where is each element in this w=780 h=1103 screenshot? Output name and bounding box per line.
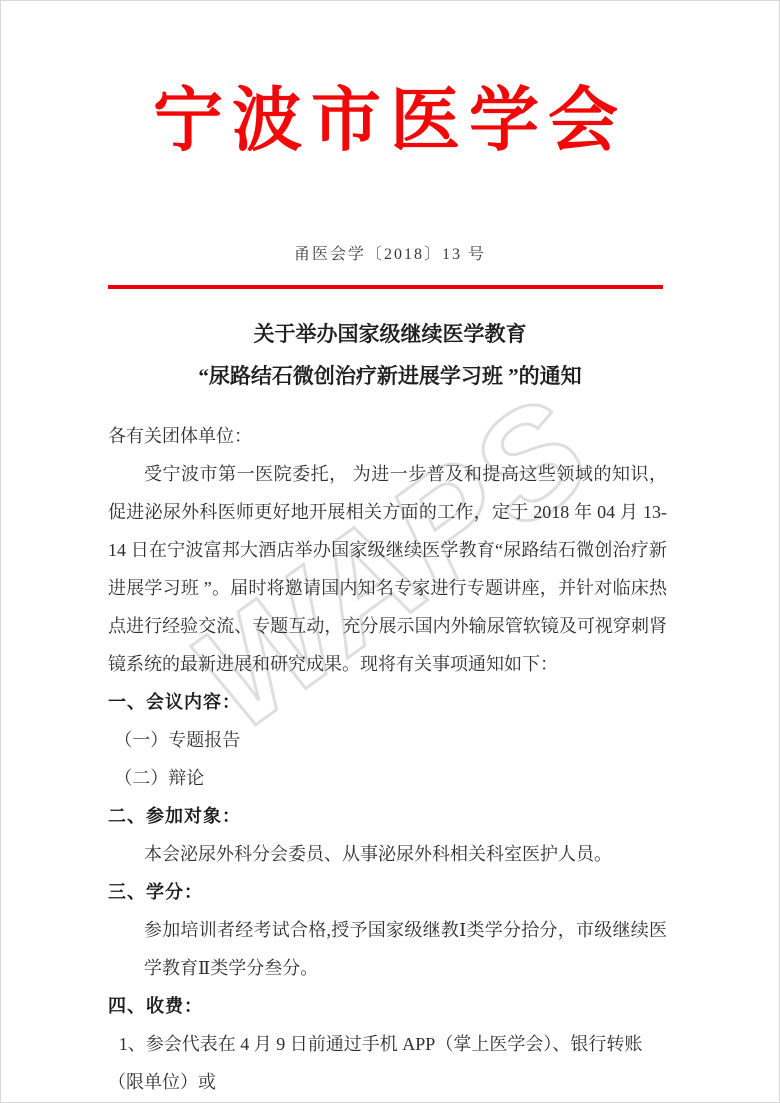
notice-title-line1: 关于举办国家级继续医学教育 [1, 313, 779, 355]
org-title: 宁波市医学会 [1, 85, 779, 159]
notice-title-line2: “尿路结石微创治疗新进展学习班 ”的通知 [1, 355, 779, 397]
section-item: 参加培训者经考试合格,授予国家级继教Ⅰ类学分拾分，市级继续医学教育Ⅱ类学分叁分。 [108, 911, 667, 987]
section-heading-3: 三、学分： [108, 873, 667, 911]
document-content: 宁波市医学会 甬医会学〔2018〕13 号 关于举办国家级继续医学教育 “尿路结… [1, 85, 779, 1101]
notice-title: 关于举办国家级继续医学教育 “尿路结石微创治疗新进展学习班 ”的通知 [1, 313, 779, 397]
section-item: 本会泌尿外科分会委员、从事泌尿外科相关科室医护人员。 [108, 835, 667, 873]
red-divider [108, 285, 663, 289]
intro-paragraph: 受宁波市第一医院委托， 为进一步普及和提高这些领域的知识，促进泌尿外科医师更好地… [108, 455, 667, 683]
section-heading-1: 一、会议内容： [108, 683, 667, 721]
section-item: （二）辩论 [108, 759, 667, 797]
section-item: 1、参会代表在 4 月 9 日前通过手机 APP（掌上医学会）、银行转账（限单位… [108, 1025, 667, 1101]
document-body: 各有关团体单位： 受宁波市第一医院委托， 为进一步普及和提高这些领域的知识，促进… [108, 417, 667, 1101]
document-page: WAPS 宁波市医学会 甬医会学〔2018〕13 号 关于举办国家级继续医学教育… [0, 0, 780, 1103]
section-heading-2: 二、参加对象： [108, 797, 667, 835]
salutation: 各有关团体单位： [108, 417, 667, 455]
section-item: （一）专题报告 [108, 721, 667, 759]
section-heading-4: 四、收费： [108, 987, 667, 1025]
doc-number: 甬医会学〔2018〕13 号 [1, 241, 779, 264]
